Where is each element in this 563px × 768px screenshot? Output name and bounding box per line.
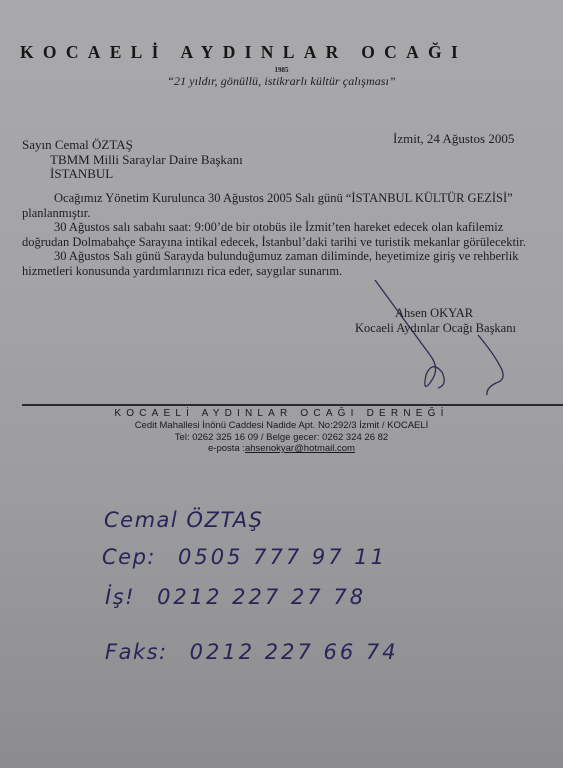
handwritten-fax: Faks:0212 227 66 74 — [105, 640, 399, 664]
signature-scribble-icon — [360, 280, 520, 395]
footer-address: Cedit Mahallesi İnönü Caddesi Nadide Apt… — [0, 420, 563, 431]
handwritten-name: Cemal ÖZTAŞ — [104, 508, 263, 532]
body-paragraph-1: Ocağımız Yönetim Kurulunca 30 Ağustos 20… — [22, 191, 542, 221]
recipient-name: Sayın Cemal ÖZTAŞ — [22, 137, 133, 153]
founded-year: 1985 — [0, 66, 563, 74]
footer-email: e-posta :ahsenokyar@hotmail.com — [0, 443, 563, 454]
signatory-name: Ahsen OKYAR — [395, 306, 473, 321]
footer-divider — [22, 404, 563, 406]
footer-phones: Tel: 0262 325 16 09 / Belge gecer: 0262 … — [0, 432, 563, 443]
letterhead-title: KOCAELİ AYDINLAR OCAĞI — [20, 42, 467, 63]
body-paragraph-3: 30 Ağustos Salı günü Sarayda bulunduğumu… — [22, 249, 542, 279]
handwritten-mobile: Cep:0505 777 97 11 — [102, 545, 387, 569]
email-link[interactable]: ahsenokyar@hotmail.com — [245, 443, 355, 454]
signatory-title: Kocaeli Aydınlar Ocağı Başkanı — [355, 321, 516, 336]
place-date: İzmit, 24 Ağustos 2005 — [393, 131, 514, 147]
recipient-city: İSTANBUL — [50, 166, 113, 182]
letterhead-motto: “21 yıldır, gönüllü, istikrarlı kültür ç… — [0, 74, 563, 89]
handwritten-work-phone: İş!0212 227 27 78 — [105, 585, 366, 609]
body-paragraph-2: 30 Ağustos salı sabahı saat: 9:00’de bir… — [22, 220, 542, 250]
footer-organization: KOCAELİ AYDINLAR OCAĞI DERNEĞİ — [0, 408, 563, 419]
